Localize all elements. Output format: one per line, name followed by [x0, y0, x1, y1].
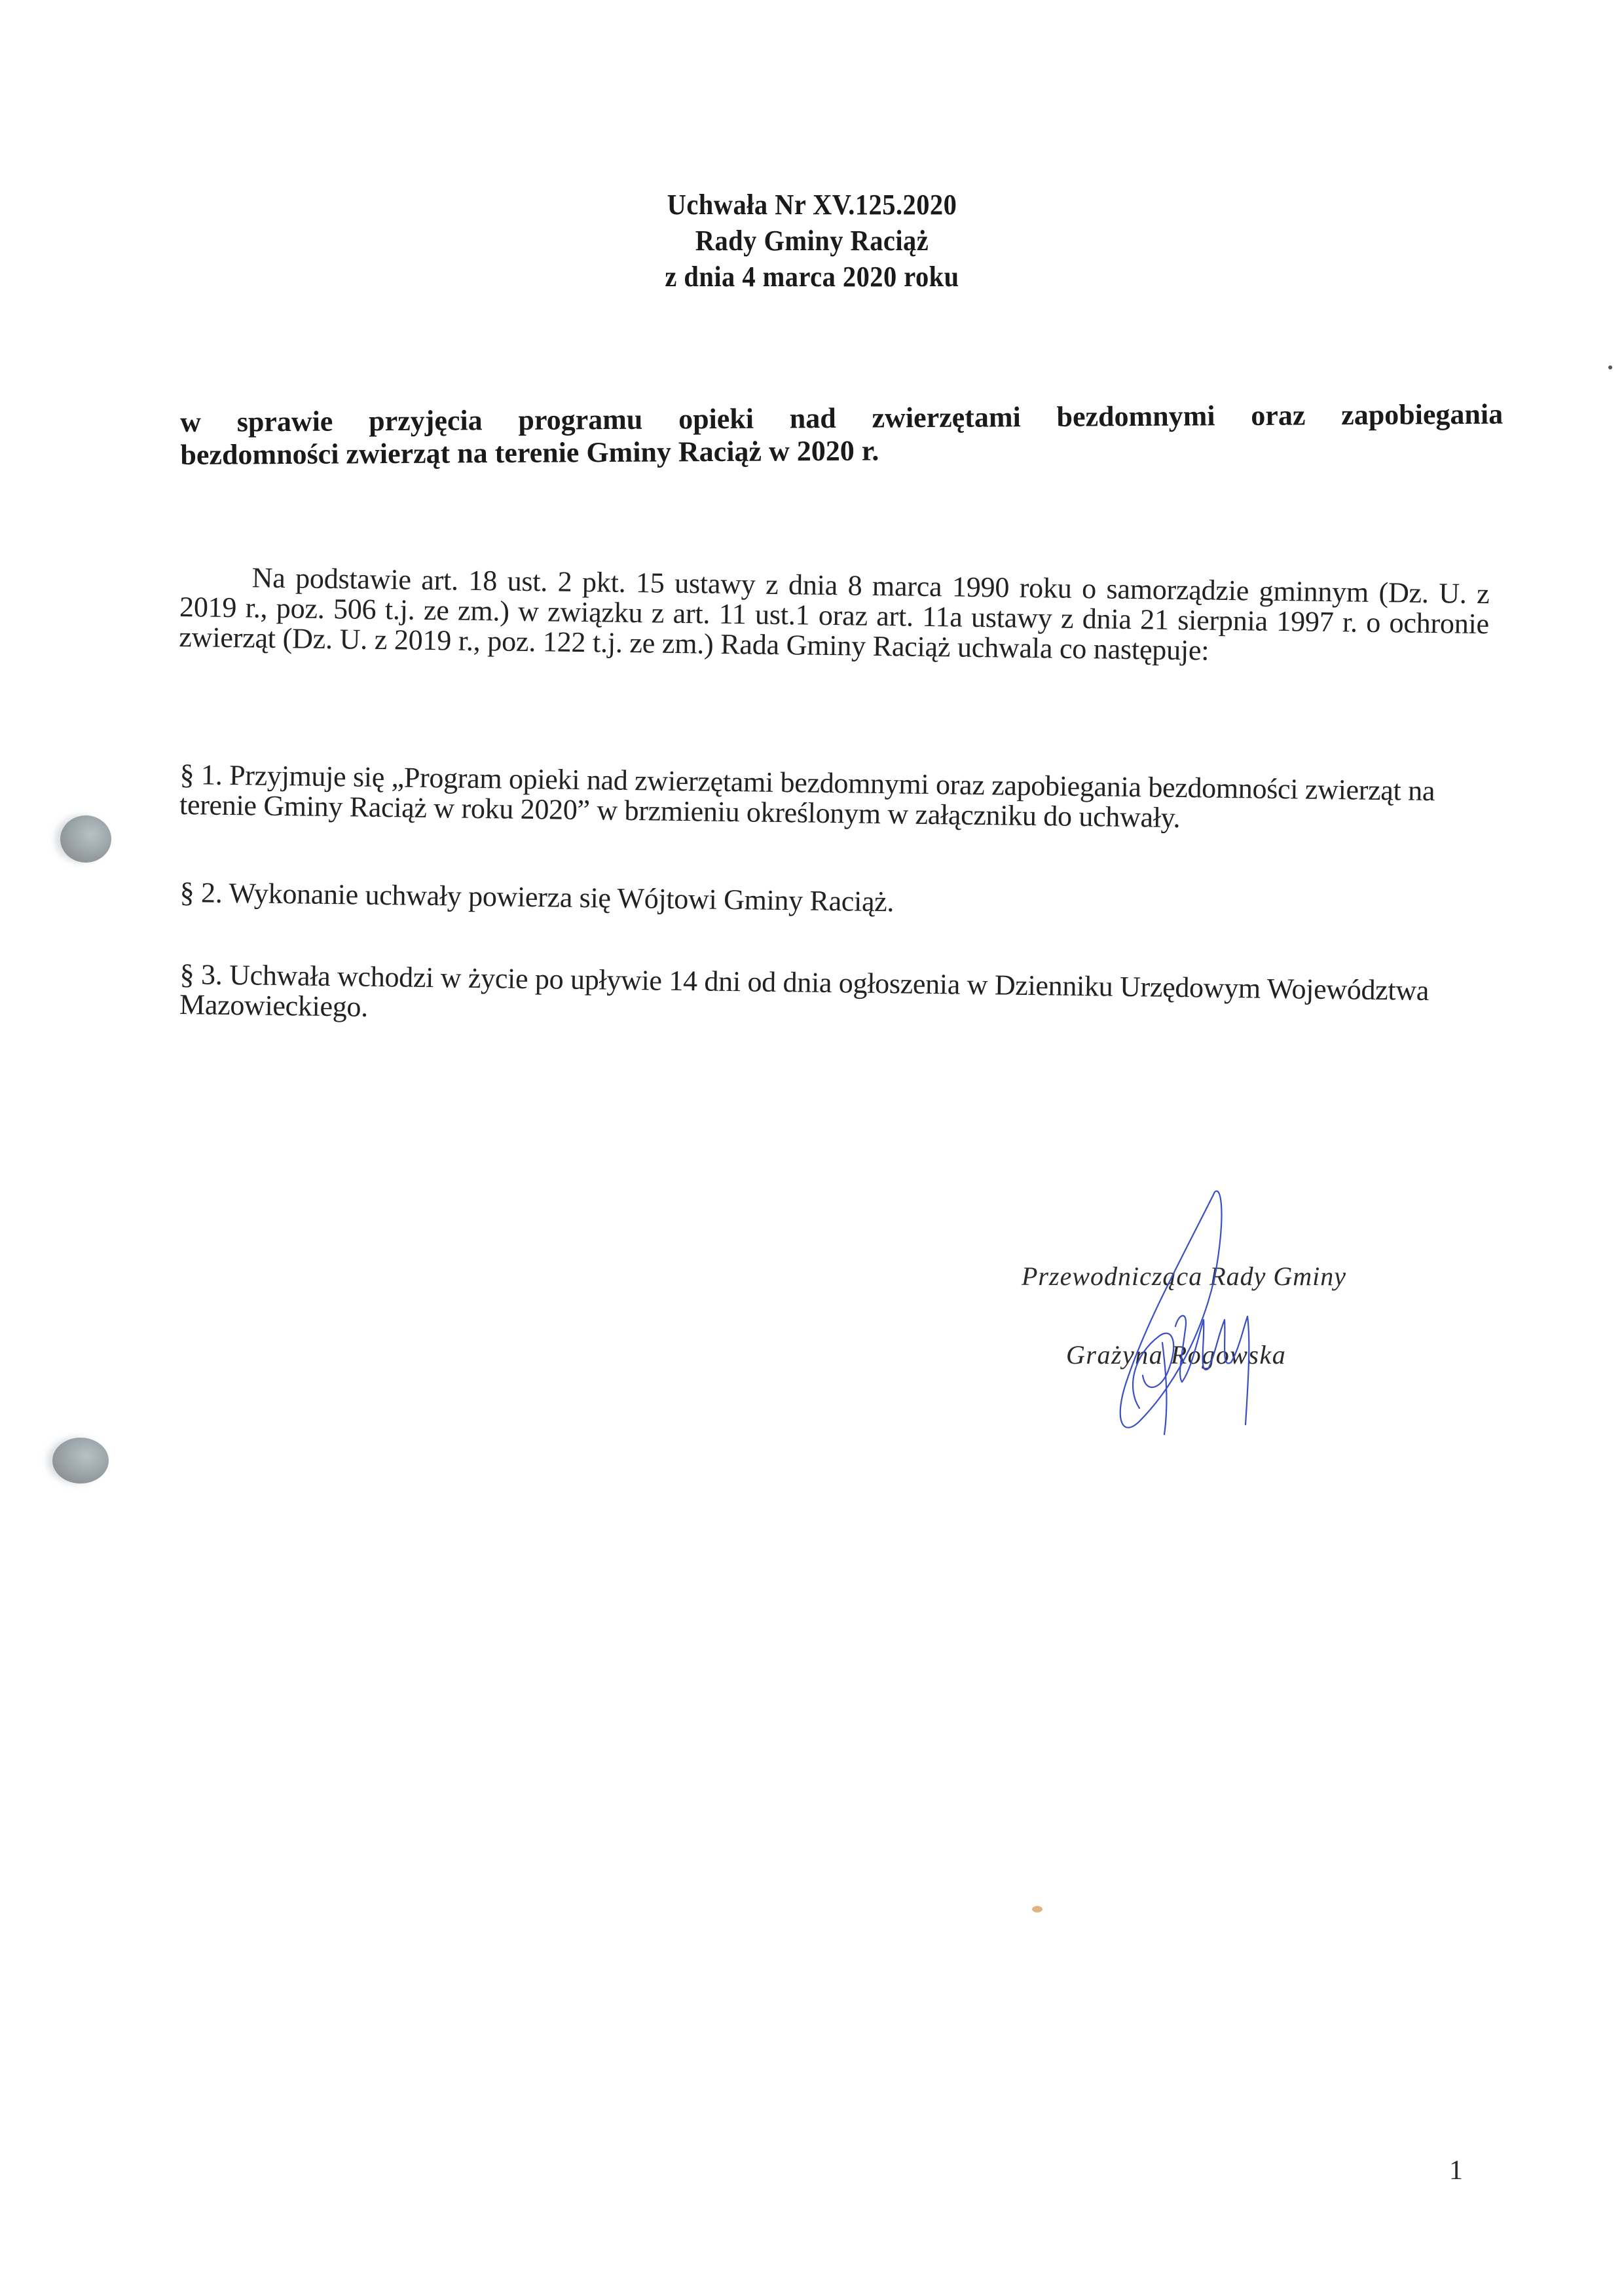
resolution-subject: w sprawie przyjęcia programu opieki nad … — [180, 398, 1504, 472]
paragraph-2: § 2. Wykonanie uchwały powierza się Wójt… — [179, 878, 1489, 925]
scan-stain — [1032, 1906, 1043, 1912]
resolution-header: Uchwała Nr XV.125.2020 Rady Gminy Raciąż… — [0, 187, 1624, 295]
legal-basis-preamble: Na podstawie art. 18 ust. 2 pkt. 15 usta… — [179, 562, 1490, 669]
document-page: Uchwała Nr XV.125.2020 Rady Gminy Raciąż… — [0, 0, 1624, 2295]
paragraph-2-text: § 2. Wykonanie uchwały powierza się Wójt… — [179, 878, 1489, 925]
page-number: 1 — [1449, 2155, 1463, 2186]
preamble-text: Na podstawie art. 18 ust. 2 pkt. 15 usta… — [179, 562, 1490, 669]
handwritten-signature-icon — [1100, 1185, 1283, 1447]
paragraph-3-text: § 3. Uchwała wchodzi w życie po upływie … — [179, 960, 1490, 1037]
signatory-title: Przewodnicząca Rady Gminy — [1022, 1261, 1346, 1292]
paragraph-1-text: § 1. Przyjmuje się „Program opieki nad z… — [179, 760, 1490, 837]
punch-hole-mark — [60, 815, 111, 863]
resolution-date: z dnia 4 marca 2020 roku — [65, 259, 1559, 295]
resolution-number: Uchwała Nr XV.125.2020 — [65, 187, 1559, 223]
council-name: Rady Gminy Raciąż — [65, 223, 1559, 259]
signatory-name: Grażyna Rogowska — [1066, 1339, 1286, 1370]
punch-hole-mark — [52, 1438, 109, 1483]
paragraph-3: § 3. Uchwała wchodzi w życie po upływie … — [179, 960, 1490, 1037]
paragraph-1: § 1. Przyjmuje się „Program opieki nad z… — [179, 760, 1490, 837]
scan-speck — [1608, 365, 1612, 369]
